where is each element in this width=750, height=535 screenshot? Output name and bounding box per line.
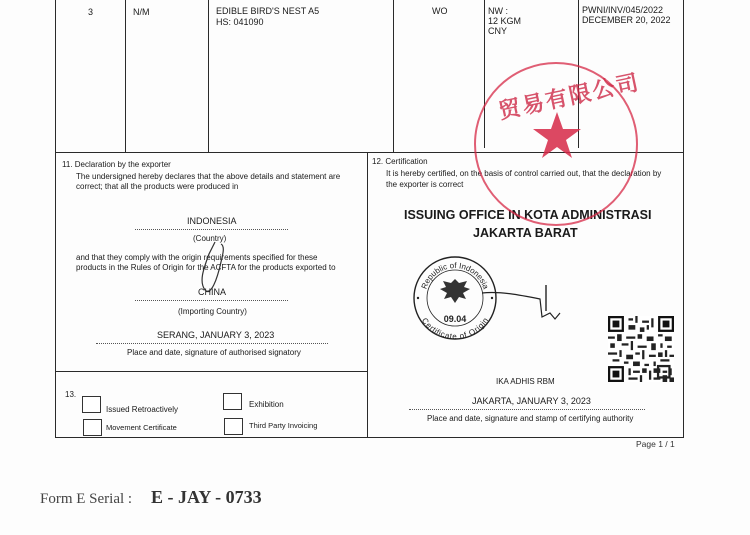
checkbox-issued-retroactively[interactable] bbox=[82, 396, 101, 413]
importing-country-label: (Importing Country) bbox=[178, 307, 247, 316]
invoice-number: PWNI/INV/045/2022 bbox=[582, 5, 663, 15]
goods-description-line2: HS: 041090 bbox=[216, 17, 264, 27]
export-country: INDONESIA bbox=[187, 216, 237, 226]
issuing-office-line2: JAKARTA BARAT bbox=[473, 226, 578, 240]
label-exhibition: Exhibition bbox=[249, 400, 284, 409]
col-divider-2 bbox=[208, 0, 209, 152]
certifier-signature-dotted-line bbox=[409, 409, 645, 410]
invoice-date: DECEMBER 20, 2022 bbox=[582, 15, 671, 25]
exporter-signature bbox=[195, 240, 235, 300]
seal-code: 09.04 bbox=[444, 314, 467, 324]
col-divider-3 bbox=[393, 0, 394, 152]
box12-heading: 12. Certification bbox=[372, 157, 428, 166]
certifier-place-date: JAKARTA, JANUARY 3, 2023 bbox=[472, 396, 591, 406]
signatory-name: IKA ADHIS RBM bbox=[496, 377, 555, 386]
box11-box12-divider bbox=[367, 152, 368, 438]
item-number: 3 bbox=[88, 7, 93, 17]
country-dotted-line bbox=[135, 229, 288, 230]
box11-text-line2: correct; that all the products were prod… bbox=[76, 182, 238, 191]
form-bottom-line bbox=[55, 437, 683, 438]
certifying-signature bbox=[480, 285, 565, 330]
box11-text-line1: The undersigned hereby declares that the… bbox=[76, 172, 340, 181]
serial-label: Form E Serial : bbox=[40, 491, 132, 508]
checkbox-third-party-invoicing[interactable] bbox=[224, 418, 243, 435]
marks-and-numbers: N/M bbox=[133, 7, 150, 17]
quantity-line3: CNY bbox=[488, 26, 507, 36]
label-third-party-invoicing: Third Party Invoicing bbox=[249, 421, 317, 430]
col-divider-1 bbox=[125, 0, 126, 152]
origin-criterion: WO bbox=[432, 6, 448, 16]
box13-number: 13. bbox=[65, 390, 76, 399]
serial-value: E - JAY - 0733 bbox=[151, 487, 262, 508]
page-indicator: Page 1 / 1 bbox=[636, 439, 675, 449]
label-movement-certificate: Movement Certificate bbox=[106, 423, 177, 432]
exporter-place-date: SERANG, JANUARY 3, 2023 bbox=[157, 330, 274, 340]
box12-text-line2: the exporter is correct bbox=[386, 180, 463, 189]
checkbox-movement-certificate[interactable] bbox=[83, 419, 102, 436]
certifier-place-date-label: Place and date, signature and stamp of c… bbox=[427, 414, 633, 423]
box11-bottom-line bbox=[55, 371, 367, 372]
label-issued-retroactively: Issued Retroactively bbox=[106, 405, 178, 414]
table-right-border bbox=[683, 0, 684, 438]
box11-heading: 11. Declaration by the exporter bbox=[62, 160, 171, 169]
quantity-line1: NW : bbox=[488, 6, 508, 16]
checkbox-exhibition[interactable] bbox=[223, 393, 242, 410]
company-stamp-star-icon bbox=[533, 112, 581, 158]
quantity-line2: 12 KGM bbox=[488, 16, 521, 26]
qr-code bbox=[607, 316, 675, 382]
exporter-place-date-label: Place and date, signature of authorised … bbox=[127, 348, 301, 357]
goods-description-line1: EDIBLE BIRD'S NEST A5 bbox=[216, 6, 319, 16]
importing-country-dotted-line bbox=[135, 300, 288, 301]
exporter-signature-dotted-line bbox=[96, 343, 328, 344]
